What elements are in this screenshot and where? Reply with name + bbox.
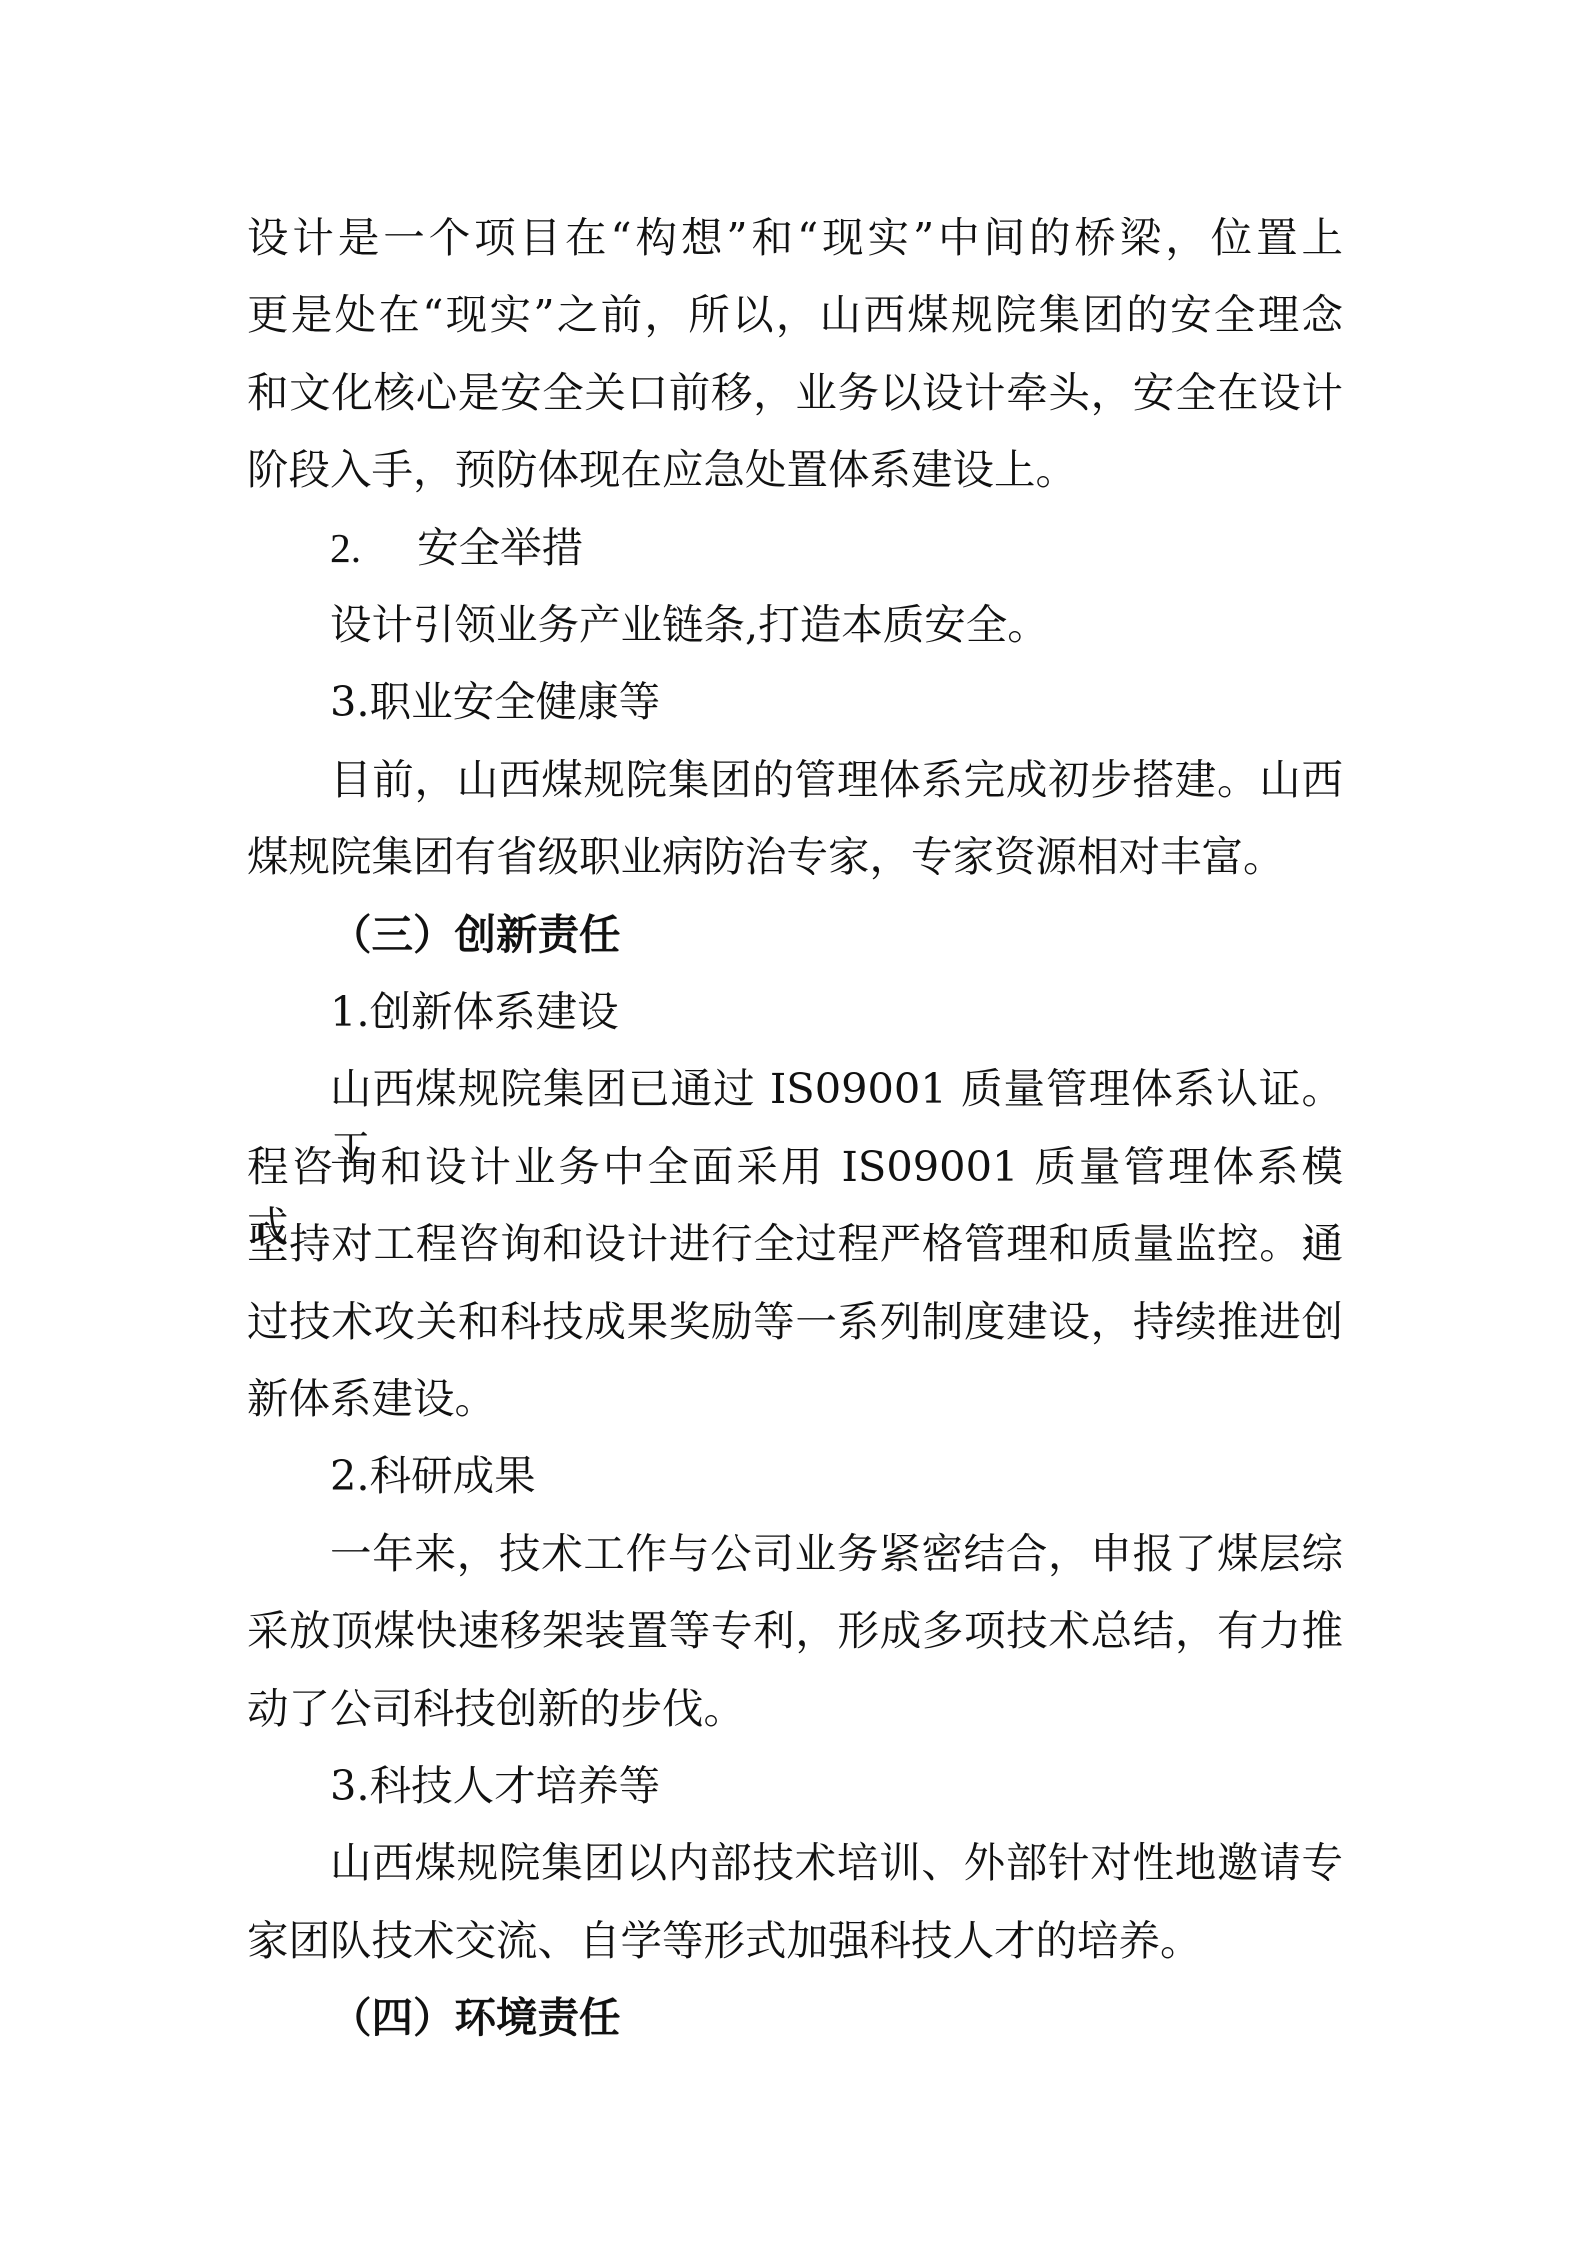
paragraph-line: 和文化核心是安全关口前移，业务以设计牵头，安全在设计 bbox=[247, 363, 1343, 423]
paragraph-line: 设计是一个项目在“构想”和“现实”中间的桥梁，位置上 bbox=[247, 208, 1343, 268]
subheading-talent-cultivation: 3.科技人才培养等 bbox=[247, 1756, 1343, 1816]
subheading-text: 安全举措 bbox=[417, 523, 583, 572]
paragraph-line: 一年来，技术工作与公司业务紧密结合，申报了煤层综 bbox=[247, 1524, 1343, 1584]
paragraph-line: 动了公司科技创新的步伐。 bbox=[247, 1679, 1343, 1739]
paragraph-line: 山西煤规院集团已通过 IS09001 质量管理体系认证。工 bbox=[247, 1059, 1343, 1119]
section-heading-environment: （四）环境责任 bbox=[247, 1988, 1343, 2048]
paragraph-line: 阶段入手，预防体现在应急处置体系建设上。 bbox=[247, 440, 1343, 500]
paragraph-line: 目前，山西煤规院集团的管理体系完成初步搭建。山西 bbox=[247, 750, 1343, 810]
subheading-research-results: 2.科研成果 bbox=[247, 1446, 1343, 1506]
paragraph-line: 采放顶煤快速移架装置等专利，形成多项技术总结，有力推 bbox=[247, 1601, 1343, 1661]
paragraph-line: 新体系建设。 bbox=[247, 1369, 1343, 1429]
paragraph-line: 更是处在“现实”之前，所以，山西煤规院集团的安全理念 bbox=[247, 285, 1343, 345]
paragraph-line: 坚持对工程咨询和设计进行全过程严格管理和质量监控。通 bbox=[247, 1214, 1343, 1274]
paragraph-line: 煤规院集团有省级职业病防治专家，专家资源相对丰富。 bbox=[247, 827, 1343, 887]
paragraph-line: 程咨询和设计业务中全面采用 IS09001 质量管理体系模式， bbox=[247, 1137, 1343, 1197]
paragraph-line: 设计引领业务产业链条,打造本质安全。 bbox=[247, 595, 1343, 655]
paragraph-line: 山西煤规院集团以内部技术培训、外部针对性地邀请专 bbox=[247, 1833, 1343, 1893]
subheading-safety-measures: 2.安全举措 bbox=[247, 518, 1343, 578]
subheading-innovation-system: 1.创新体系建设 bbox=[247, 982, 1343, 1042]
list-number: 2. bbox=[330, 525, 361, 571]
document-page: 设计是一个项目在“构想”和“现实”中间的桥梁，位置上 更是处在“现实”之前，所以… bbox=[0, 0, 1587, 2245]
subheading-occupational-health: 3.职业安全健康等 bbox=[247, 672, 1343, 732]
paragraph-line: 过技术攻关和科技成果奖励等一系列制度建设，持续推进创 bbox=[247, 1292, 1343, 1352]
section-heading-innovation: （三）创新责任 bbox=[247, 905, 1343, 965]
paragraph-line: 家团队技术交流、自学等形式加强科技人才的培养。 bbox=[247, 1911, 1343, 1971]
